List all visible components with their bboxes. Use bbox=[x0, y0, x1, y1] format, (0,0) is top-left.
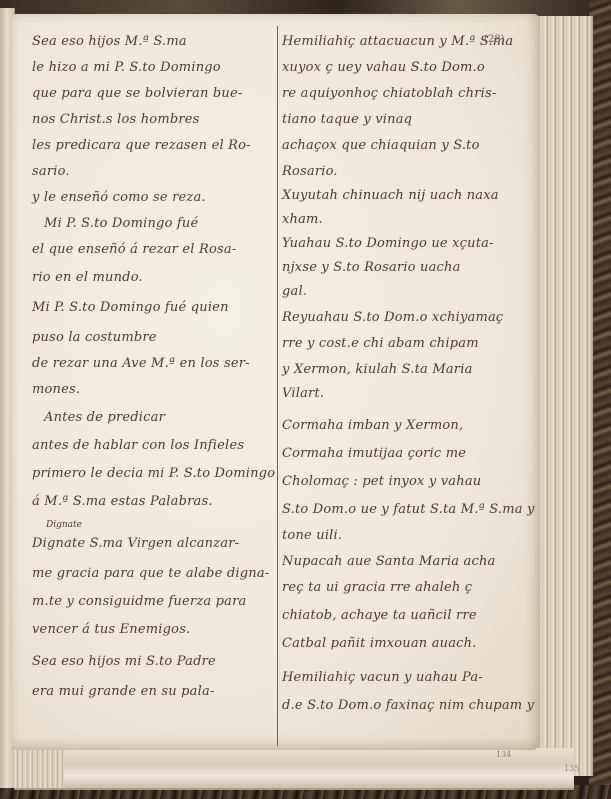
text-line: m.te y consiguidme fuerza para bbox=[32, 594, 246, 609]
text-line: Catbal pañit imxouan auach. bbox=[282, 636, 477, 651]
text-line: vencer á tus Enemigos. bbox=[32, 622, 190, 637]
text-line: de rezar una Ave M.ª en los ser- bbox=[32, 356, 250, 371]
text-line: Rosario. bbox=[282, 164, 338, 179]
text-line: Yuahau S.to Domingo ue xçuta- bbox=[282, 236, 494, 251]
folio-number-top: (28) bbox=[484, 34, 505, 45]
text-line: les predicara que rezasen el Ro- bbox=[32, 138, 251, 153]
text-line: Cormaha imutijaa çoric me bbox=[282, 446, 466, 461]
text-line: que para que se bolvieran bue- bbox=[32, 86, 242, 101]
text-line: Vilart. bbox=[282, 386, 324, 401]
text-line: reç ta ui gracia rre ahaleh ç bbox=[282, 580, 472, 595]
text-line: d.e S.to Dom.o faxinaç nim chupam y bbox=[282, 698, 534, 713]
marginal-correction: Dignate bbox=[46, 520, 82, 530]
text-line: Mi P. S.to Domingo fué quien bbox=[32, 300, 229, 315]
folio-number-stack: 135 bbox=[564, 764, 579, 773]
text-line: Xuyutah chinuach nij uach naxa bbox=[282, 188, 499, 203]
text-line: rre y cost.e chi abam chipam bbox=[282, 336, 479, 351]
text-line: Reyuahau S.to Dom.o xchiyamaç bbox=[282, 310, 503, 325]
text-line: Antes de predicar bbox=[32, 410, 165, 425]
text-line: chiatob, achaye ta uañcil rre bbox=[282, 608, 477, 623]
text-line: sario. bbox=[32, 164, 70, 179]
text-line: á M.ª S.ma estas Palabras. bbox=[32, 494, 213, 509]
text-line: tone uili. bbox=[282, 528, 342, 543]
text-line: xham. bbox=[282, 212, 323, 227]
text-line: S.to Dom.o ue y fatut S.ta M.ª S.ma y bbox=[282, 502, 535, 517]
text-line: puso la costumbre bbox=[32, 330, 157, 345]
page-edges-bottom-left bbox=[14, 748, 64, 788]
text-line: rio en el mundo. bbox=[32, 270, 143, 285]
text-line: le hizo a mi P. S.to Domingo bbox=[32, 60, 221, 75]
text-line: Hemiliahiç attacuacun y M.ª S.ma bbox=[282, 34, 513, 49]
text-line: el que enseñó á rezar el Rosa- bbox=[32, 242, 236, 257]
text-line: Cholomaç : pet inyox y vahau bbox=[282, 474, 481, 489]
column-divider bbox=[277, 26, 278, 746]
text-line: mones. bbox=[32, 382, 80, 397]
text-line: achaçox que chiaquian y S.to bbox=[282, 138, 480, 153]
text-line: Nupacah aue Santa Maria acha bbox=[282, 554, 496, 569]
text-line: antes de hablar con los Infieles bbox=[32, 438, 244, 453]
text-line: Sea eso hijos M.ª S.ma bbox=[32, 34, 187, 49]
text-line: njxse y S.to Rosario uacha bbox=[282, 260, 461, 275]
text-line: Sea eso hijos mi S.to Padre bbox=[32, 654, 216, 669]
page-edges-bottom bbox=[14, 748, 574, 790]
text-line: primero le decia mi P. S.to Domingo bbox=[32, 466, 275, 481]
text-line: era mui grande en su pala- bbox=[32, 684, 215, 699]
text-line: re aquiyonhoç chiatoblah chris- bbox=[282, 86, 496, 101]
page-edges-right bbox=[535, 16, 593, 776]
text-line: tiano taque y vinaq bbox=[282, 112, 412, 127]
text-line: me gracia para que te alabe digna- bbox=[32, 566, 269, 581]
text-line: xuyox ç uey vahau S.to Dom.o bbox=[282, 60, 485, 75]
text-line: Hemiliahiç vacun y uahau Pa- bbox=[282, 670, 483, 685]
text-line: nos Christ.s los hombres bbox=[32, 112, 200, 127]
text-line: Dignate S.ma Virgen alcanzar- bbox=[32, 536, 239, 551]
text-line: gal. bbox=[282, 284, 307, 299]
text-line: y Xermon, kiulah S.ta Maria bbox=[282, 362, 473, 377]
text-line: y le enseñó como se reza. bbox=[32, 190, 206, 205]
folio-number-bottom: 134 bbox=[496, 750, 511, 759]
manuscript-page: Sea eso hijos M.ª S.ma le hizo a mi P. S… bbox=[12, 14, 540, 750]
text-line: Mi P. S.to Domingo fué bbox=[32, 216, 198, 231]
text-line: Cormaha imban y Xermon, bbox=[282, 418, 463, 433]
